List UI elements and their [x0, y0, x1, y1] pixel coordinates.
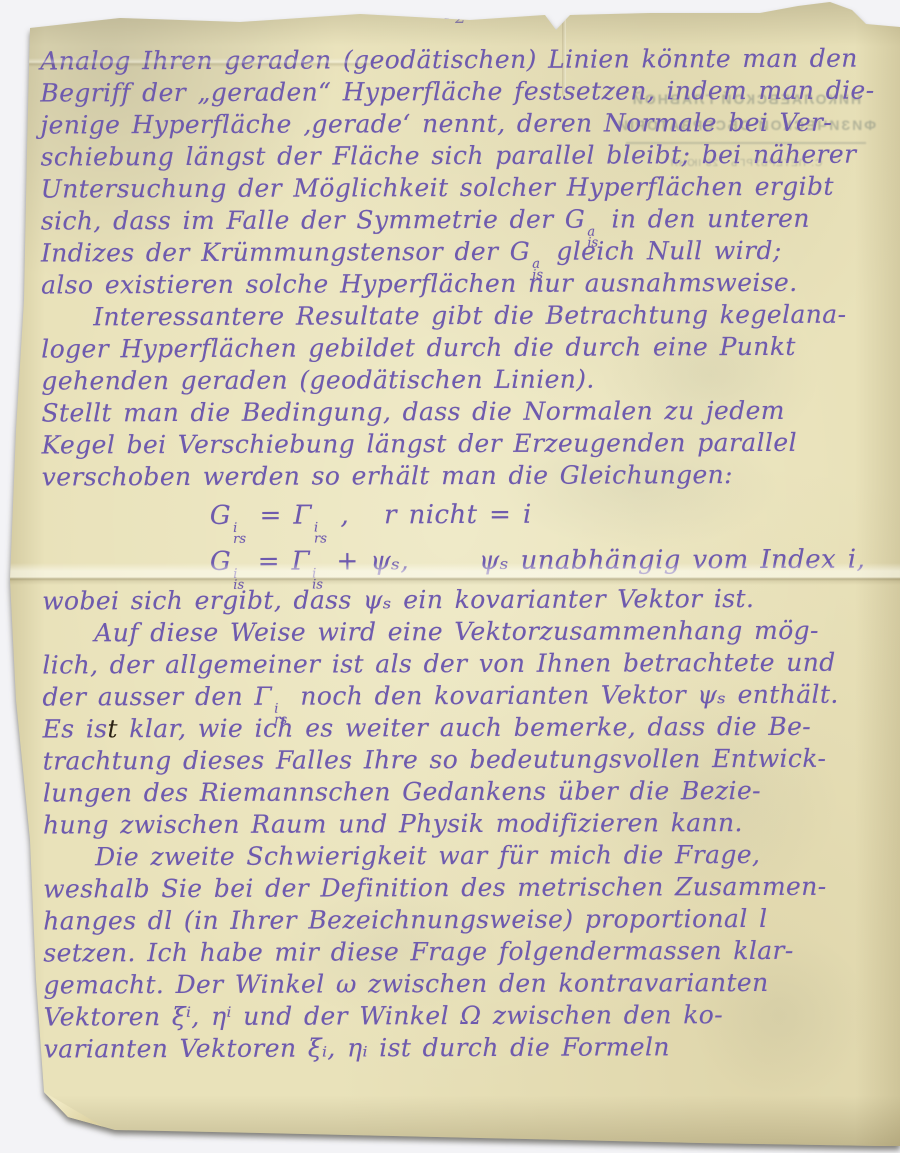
text-segment: G: [510, 237, 530, 266]
text-segment: hung zwischen Raum und Physik modifizier…: [43, 808, 743, 839]
handwritten-line: Stellt man die Bedingung, dass die Norma…: [41, 395, 889, 430]
page-number-label: - 2 -: [444, 8, 477, 28]
fold-crease-vertical: [562, 16, 566, 96]
text-segment: in den unteren: [600, 204, 810, 234]
text-segment: trachtung dieses Falles Ihre so bedeutun…: [43, 744, 827, 776]
handwritten-line: Kegel bei Verschiebung längst der Erzeug…: [42, 427, 890, 462]
paper-sheet: НИКОЛАЕВСКОЙ ГЛАВНОЙ ФИЗИЧЕСКОЙ ОБСЕРВАТ…: [0, 0, 900, 1153]
handwritten-line: Die zweite Schwierigkeit war für mich di…: [43, 839, 891, 874]
handwritten-line: also existieren solche Hyperflächen nur …: [41, 267, 889, 302]
text-segment: hanges dl (in Ihrer Bezeichnungsweise) p…: [43, 904, 767, 936]
handwritten-line: setzen. Ich habe mir diese Frage folgend…: [43, 935, 891, 970]
text-segment: G: [210, 501, 231, 531]
handwritten-line: trachtung dieses Falles Ihre so bedeutun…: [43, 743, 891, 778]
handwritten-line: jenige Hyperfläche ‚gerade‘ nennt, deren…: [40, 107, 888, 142]
text-segment: Vektoren ξⁱ, ηⁱ und der Winkel Ω zwische…: [44, 1000, 724, 1031]
handwritten-line: verschoben werden so erhält man die Glei…: [42, 459, 890, 494]
paper-shadow: НИКОЛАЕВСКОЙ ГЛАВНОЙ ФИЗИЧЕСКОЙ ОБСЕРВАТ…: [0, 0, 900, 1153]
handwritten-line: Auf diese Weise wird eine Vektorzusammen…: [42, 615, 890, 650]
handwritten-line: schiebung längst der Fläche sich paralle…: [41, 139, 889, 174]
text-segment: G: [565, 205, 585, 234]
text-segment: verschoben werden so erhält man die Glei…: [42, 460, 733, 491]
handwritten-line: lich, der allgemeiner ist als der von Ih…: [42, 647, 890, 682]
handwritten-line: loger Hyperflächen gebildet durch die du…: [41, 331, 889, 366]
handwritten-line: weshalb Sie bei der Definition des metri…: [43, 871, 891, 906]
handwritten-line: varianten Vektoren ξᵢ, ηᵢ ist durch die …: [44, 1031, 892, 1066]
handwritten-line: hung zwischen Raum und Physik modifizier…: [43, 807, 891, 842]
text-segment: gehenden geraden (geodätischen Linien).: [41, 365, 594, 396]
text-segment: gemacht. Der Winkel ω zwischen den kontr…: [43, 968, 768, 1000]
text-segment: Γ: [254, 682, 272, 711]
corner-fold-flap: [38, 1086, 116, 1138]
text-segment: Begriff der „geraden“ Hyperfläche festse…: [40, 76, 874, 108]
handwritten-line: sich, dass im Falle der Symmetrie der Ga…: [41, 203, 889, 238]
handwritten-line: der ausser den Γirs noch den kovarianten…: [42, 679, 890, 714]
handwritten-line: lungen des Riemannschen Gedankens über d…: [43, 775, 891, 810]
handwritten-line: hanges dl (in Ihrer Bezeichnungsweise) p…: [43, 903, 891, 938]
text-segment: varianten Vektoren ξᵢ, ηᵢ ist durch die …: [44, 1032, 670, 1063]
letter-body: Analog Ihren geraden (geodätischen) Lini…: [40, 43, 892, 1066]
handwritten-line: Begriff der „geraden“ Hyperfläche festse…: [40, 75, 888, 110]
handwritten-line: Untersuchung der Möglichkeit solcher Hyp…: [41, 171, 889, 206]
text-segment: Γ: [293, 501, 312, 531]
text-segment: Kegel bei Verschiebung längst der Erzeug…: [42, 428, 797, 460]
handwritten-line: Indizes der Krümmungstensor der Gais gle…: [41, 235, 889, 270]
text-segment: jenige Hyperfläche ‚gerade‘ nennt, deren…: [40, 108, 832, 140]
scan-area: НИКОЛАЕВСКОЙ ГЛАВНОЙ ФИЗИЧЕСКОЙ ОБСЕРВАТ…: [0, 0, 900, 1153]
text-segment: Indizes der Krümmungstensor der: [41, 237, 510, 268]
handwritten-line: Es ist klar, wie ich es weiter auch beme…: [43, 711, 891, 746]
text-segment: t: [107, 714, 118, 743]
text-segment: wobei sich ergibt, dass ψₛ ein kovariant…: [42, 584, 754, 615]
text-segment: noch den kovarianten Vektor ψₛ enthält.: [289, 680, 839, 711]
fold-crease-top: [20, 58, 370, 68]
text-segment: schiebung längst der Fläche sich paralle…: [41, 140, 857, 172]
equation-line: Girs = Γirs , r nicht = i: [42, 491, 890, 540]
text-segment: Interessantere Resultate gibt die Betrac…: [93, 300, 846, 332]
text-segment: lich, der allgemeiner ist als der von Ih…: [42, 648, 835, 680]
fold-crease-horizontal: [0, 563, 900, 585]
text-segment: Die zweite Schwierigkeit war für mich di…: [95, 840, 760, 871]
text-segment: setzen. Ich habe mir diese Frage folgend…: [43, 936, 793, 968]
text-segment: Untersuchung der Möglichkeit solcher Hyp…: [41, 172, 834, 204]
text-segment: gleich Null wird;: [545, 236, 782, 266]
text-segment: weshalb Sie bei der Definition des metri…: [43, 872, 827, 904]
handwritten-line: wobei sich ergibt, dass ψₛ ein kovariant…: [42, 583, 890, 618]
handwritten-line: gehenden geraden (geodätischen Linien).: [41, 363, 889, 398]
text-segment: Auf diese Weise wird eine Vektorzusammen…: [94, 616, 819, 648]
text-segment: =: [248, 501, 294, 531]
text-segment: Stellt man die Bedingung, dass die Norma…: [41, 396, 784, 428]
text-segment: also existieren solche Hyperflächen nur …: [41, 268, 798, 300]
text-segment: lungen des Riemannschen Gedankens über d…: [43, 776, 761, 808]
text-segment: sich, dass im Falle der Symmetrie der: [41, 205, 565, 236]
handwritten-line: gemacht. Der Winkel ω zwischen den kontr…: [43, 967, 891, 1002]
text-segment: , r nicht = i: [329, 500, 532, 531]
text-segment: der ausser den: [42, 682, 254, 712]
text-segment: klar, wie ich es weiter auch bemerke, da…: [118, 712, 811, 743]
handwritten-line: Interessantere Resultate gibt die Betrac…: [41, 299, 889, 334]
handwritten-line: Vektoren ξⁱ, ηⁱ und der Winkel Ω zwische…: [44, 999, 892, 1034]
text-segment: Es is: [43, 714, 108, 743]
text-segment: loger Hyperflächen gebildet durch die du…: [41, 332, 796, 364]
